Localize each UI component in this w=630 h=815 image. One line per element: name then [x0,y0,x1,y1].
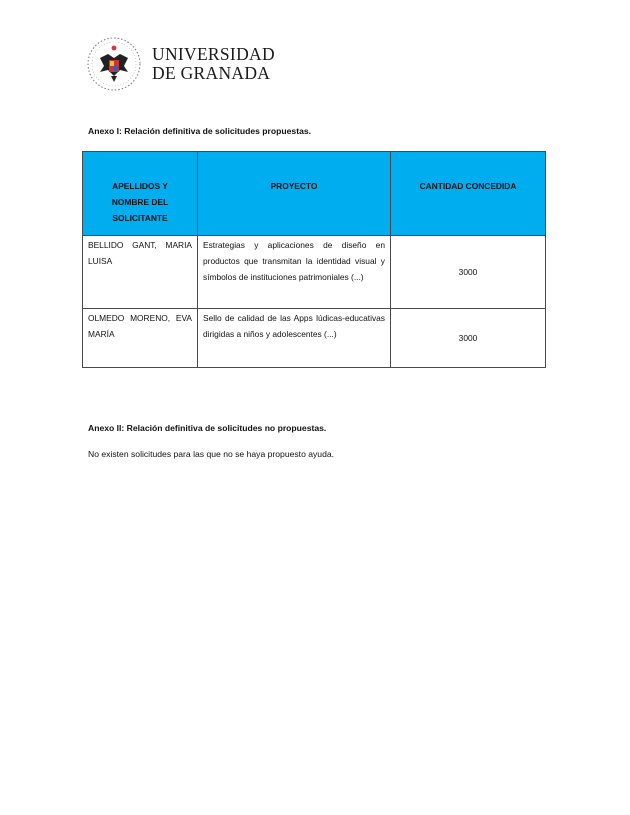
amount-cell: 3000 [391,236,546,309]
annex-1-heading: Anexo I: Relación definitiva de solicitu… [88,126,311,136]
column-header-amount: CANTIDAD CONCEDIDA [391,152,546,236]
table-row: BELLIDO GANT, MARIA LUISA Estrategias y … [83,236,546,309]
university-name: UNIVERSIDAD DE GRANADA [152,45,275,83]
applicant-cell: BELLIDO GANT, MARIA LUISA [83,236,198,309]
university-logo: UNIVERSIDAD DE GRANADA [86,36,275,92]
proposed-applications-table: APELLIDOS Y NOMBRE DEL SOLICITANTE PROYE… [82,151,546,368]
logo-line-1: UNIVERSIDAD [152,45,275,64]
logo-line-2: DE GRANADA [152,64,275,83]
university-crest-icon [86,36,142,92]
column-header-project: PROYECTO [198,152,391,236]
annex-2-heading: Anexo II: Relación definitiva de solicit… [88,423,326,433]
amount-cell: 3000 [391,309,546,368]
project-cell: Estrategias y aplicaciones de diseño en … [198,236,391,309]
applicant-cell: OLMEDO MORENO, EVA MARÍA [83,309,198,368]
column-header-applicant: APELLIDOS Y NOMBRE DEL SOLICITANTE [83,152,198,236]
project-cell: Sello de calidad de las Apps lúdicas-edu… [198,309,391,368]
annex-2-text: No existen solicitudes para las que no s… [88,449,334,459]
table-row: OLMEDO MORENO, EVA MARÍA Sello de calida… [83,309,546,368]
